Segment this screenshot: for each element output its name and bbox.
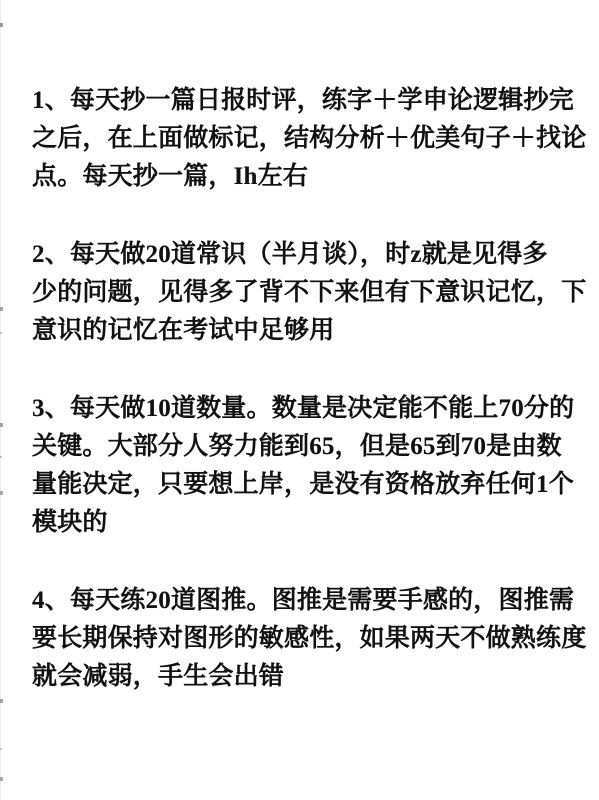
paragraph-2: 2、每天做20道常识（半月谈），时z就是见得多 少的问题，见得多了背不下来但有下… xyxy=(32,236,581,350)
paragraph-1: 1、每天抄一篇日报时评，练字＋学申论逻辑抄完 之后，在上面做标记，结构分析＋优美… xyxy=(32,82,581,196)
text-line: 之后，在上面做标记，结构分析＋优美句子＋找论 xyxy=(32,120,581,158)
text-line: 就会减弱，手生会出错 xyxy=(32,658,581,696)
text-line: 意识的记忆在考试中足够用 xyxy=(32,312,581,350)
scan-edge-artifacts xyxy=(0,0,2,2)
paragraph-3: 3、每天做10道数量。数量是决定能不能上70分的 关键。大部分人努力能到65，但… xyxy=(32,390,581,542)
text-line: 2、每天做20道常识（半月谈），时z就是见得多 xyxy=(32,236,581,274)
text-line: 要长期保持对图形的敏感性，如果两天不做熟练度 xyxy=(32,620,581,658)
scan-edge-line xyxy=(0,0,1,800)
text-line: 1、每天抄一篇日报时评，练字＋学申论逻辑抄完 xyxy=(32,82,581,120)
text-line: 模块的 xyxy=(32,504,581,542)
text-line: 少的问题，见得多了背不下来但有下意识记忆，下 xyxy=(32,274,581,312)
text-line: 4、每天练20道图推。图推是需要手感的，图推需 xyxy=(32,582,581,620)
text-line: 量能决定，只要想上岸，是没有资格放弃任何1个 xyxy=(32,466,581,504)
text-line: 点。每天抄一篇，Ih左右 xyxy=(32,158,581,196)
text-line: 关键。大部分人努力能到65，但是65到70是由数 xyxy=(32,428,581,466)
paragraph-4: 4、每天练20道图推。图推是需要手感的，图推需 要长期保持对图形的敏感性，如果两… xyxy=(32,582,581,696)
document-page: 1、每天抄一篇日报时评，练字＋学申论逻辑抄完 之后，在上面做标记，结构分析＋优美… xyxy=(0,0,599,800)
text-block: 1、每天抄一篇日报时评，练字＋学申论逻辑抄完 之后，在上面做标记，结构分析＋优美… xyxy=(32,82,581,696)
text-line: 3、每天做10道数量。数量是决定能不能上70分的 xyxy=(32,390,581,428)
